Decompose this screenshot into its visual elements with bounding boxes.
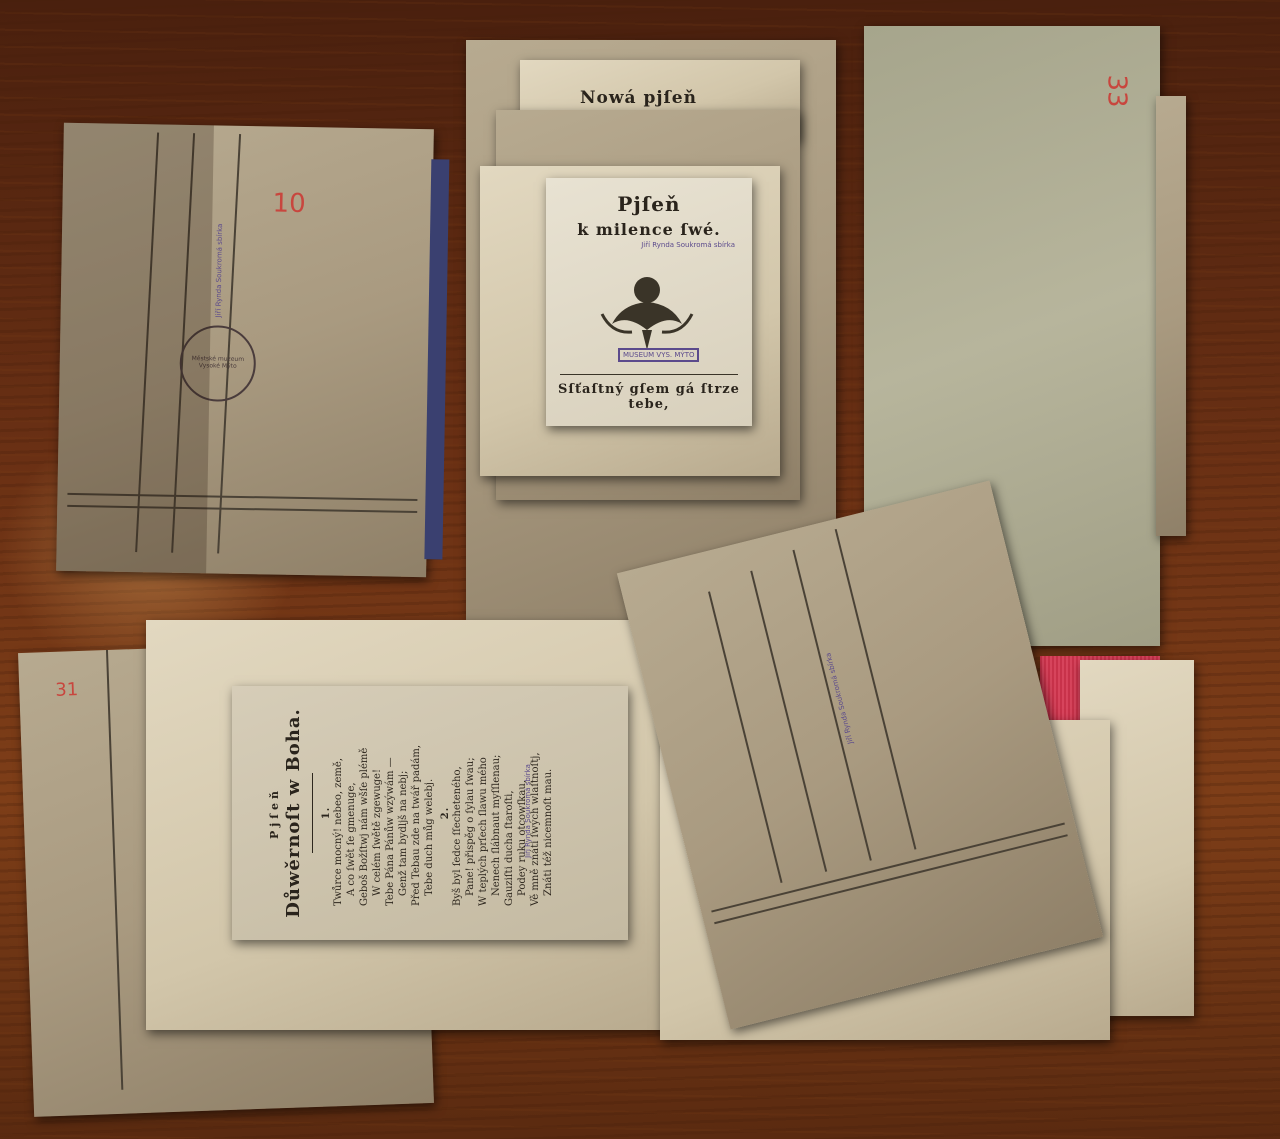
divider: [560, 374, 738, 375]
ruled-line: [135, 133, 158, 553]
poem-line: Znáti též nicemnoſt mau.: [542, 696, 555, 906]
collection-stamp: Jiří Rynda Soukromá sbírka: [213, 221, 225, 321]
stanza-number: 1.: [321, 696, 332, 930]
collection-stamp: Jiří Rynda Soukromá sbírka: [523, 761, 533, 861]
museum-stamp: MUSEUM VYS. MÝTO: [618, 348, 699, 362]
broadside-subtitle: k milence ſwé.: [546, 220, 752, 239]
poem-line: Byš byl ſedce ſſecheteného,: [451, 696, 464, 906]
poem-line: W celém ſwětě zgewuge!: [371, 696, 384, 906]
folder-edge-right: [1156, 96, 1186, 536]
ruled-line: [67, 493, 417, 501]
floral-ornament-icon: [592, 274, 702, 354]
ruled-line: [106, 650, 123, 1090]
broadside-title: Nowá pjſeň: [580, 88, 697, 108]
poem-line: Gauziſti ducha ſtaroſti,: [503, 696, 516, 906]
ruled-line: [67, 505, 417, 513]
poem-line: Geboš Božſtwj nám wšſe plémě: [358, 696, 371, 906]
broadside-milence: Pjſeň k milence ſwé. Jiří Rynda Soukromá…: [546, 178, 752, 426]
ruled-line: [708, 592, 782, 883]
poem-line: A co ſwět ſe gmenuge,: [345, 696, 358, 906]
poem-line: Genž tam bydljš na nebj;: [397, 696, 410, 906]
broadside-title: Pjſeň: [546, 192, 752, 216]
stanza: Byš byl ſedce ſſecheteného,Pane! přispěg…: [451, 696, 555, 930]
folder-number: 33: [1102, 74, 1132, 107]
stanza: Twůrce mocný! nebeo, země,A co ſwět ſe g…: [332, 696, 436, 930]
broadside-title: Důwěrnoſt w Boha.: [283, 696, 304, 930]
broadside-first-line: Sſťaſtný gſem gá ſtrze tebe,: [546, 382, 752, 412]
ruled-line: [835, 529, 916, 850]
round-stamp-text: Městské muzeum Vysoké Mýto: [182, 355, 254, 370]
photo-scene: 10 Jiří Rynda Soukromá sbírka Městské mu…: [0, 0, 1280, 1139]
poem-line: Před Tebau zde na twář padám,: [410, 696, 423, 906]
museum-round-stamp: Městské muzeum Vysoké Mýto: [179, 325, 256, 402]
broadside-content: Pjſeň Důwěrnoſt w Boha. 1. Twůrce mocný!…: [242, 696, 618, 930]
broadside-duverenost: Pjſeň Důwěrnoſt w Boha. 1. Twůrce mocný!…: [232, 686, 628, 940]
poem-line: W teplých prſech ſlawu mého: [477, 696, 490, 906]
divider: [312, 773, 313, 853]
folder-stack-left: 10 Jiří Rynda Soukromá sbírka Městské mu…: [56, 123, 434, 577]
ruled-line: [711, 823, 1065, 913]
poem-line: Pane! přispěg o ſylau ſwau;: [464, 696, 477, 906]
stanza-number: 2.: [440, 696, 451, 930]
poem-line: Nenech ſlábnaut myſſlenau;: [490, 696, 503, 906]
blue-spine: [424, 159, 449, 559]
poem-line: Twůrce mocný! nebeo, země,: [332, 696, 345, 906]
ruled-line: [750, 571, 826, 872]
folder-number: 10: [272, 188, 306, 219]
poem-line: Tebe Pána Pánůw wzýwám —: [384, 696, 397, 906]
folder-number: 31: [55, 679, 79, 701]
broadside-kicker: Pjſeň: [268, 696, 281, 930]
ruled-line: [714, 834, 1068, 924]
collection-stamp: Jiří Rynda Soukromá sbírka: [638, 240, 738, 250]
poem-line: Tebe duch můg welebj.: [423, 696, 436, 906]
ruled-line: [792, 550, 871, 861]
